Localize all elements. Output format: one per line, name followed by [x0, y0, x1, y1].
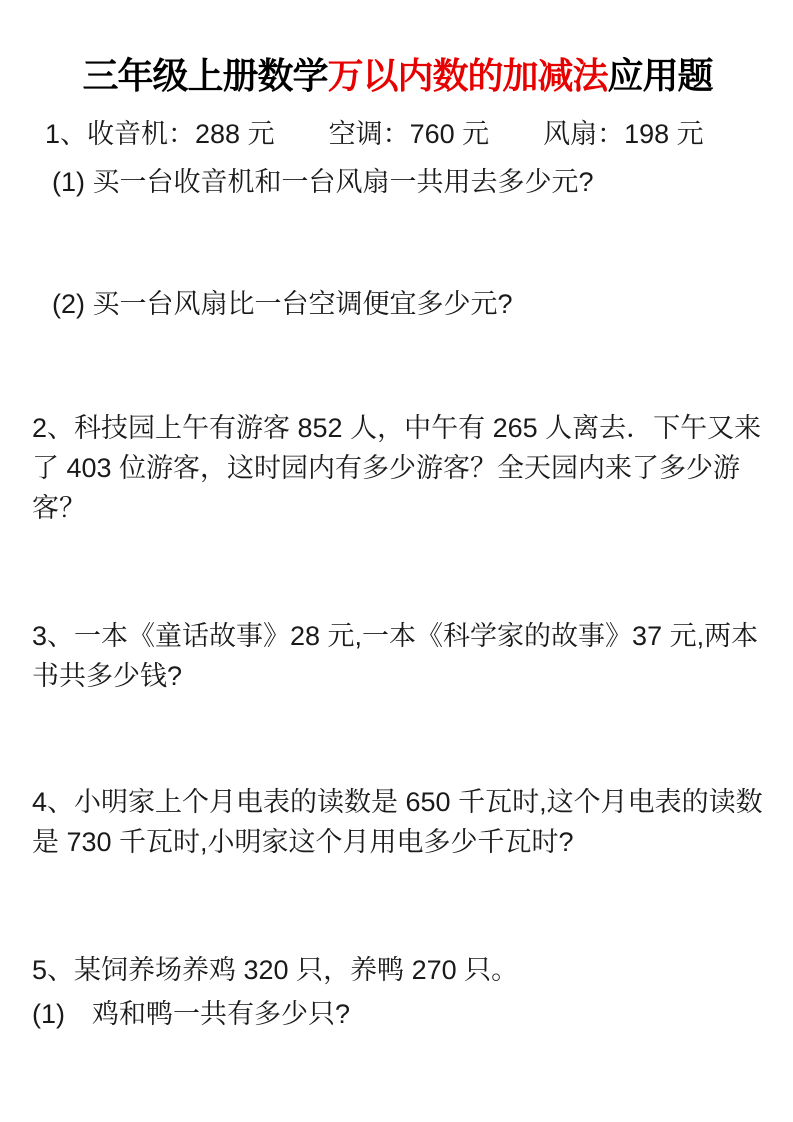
worksheet-page: 三年级上册数学万以内数的加减法应用题 1、收音机：288 元 空调：760 元 …	[0, 0, 793, 1122]
problem-1-subquestion-2: (2) 买一台风扇比一台空调便宜多少元?	[32, 284, 763, 324]
problem-2-text: 2、科技园上午有游客 852 人，中午有 265 人离去．下午又来了 403 位…	[32, 408, 763, 528]
title-suffix: 应用题	[608, 55, 713, 96]
problem-5-subquestion-1: (1) 鸡和鸭一共有多少只?	[32, 994, 763, 1034]
problem-1-subquestion-1: (1) 买一台收音机和一台风扇一共用去多少元?	[32, 162, 763, 202]
problem-3-text: 3、一本《童话故事》28 元,一本《科学家的故事》37 元,两本书共多少钱?	[32, 616, 763, 696]
title-highlight: 万以内数的加减法	[327, 55, 607, 96]
problem-1-header: 1、收音机：288 元 空调：760 元 风扇：198 元	[32, 114, 763, 154]
title-prefix: 三年级上册数学	[82, 55, 327, 96]
problem-5-header: 5、某饲养场养鸡 320 只，养鸭 270 只。	[32, 950, 763, 990]
problem-4-text: 4、小明家上个月电表的读数是 650 千瓦时,这个月电表的读数是 730 千瓦时…	[32, 782, 763, 862]
worksheet-title: 三年级上册数学万以内数的加减法应用题	[32, 52, 763, 100]
